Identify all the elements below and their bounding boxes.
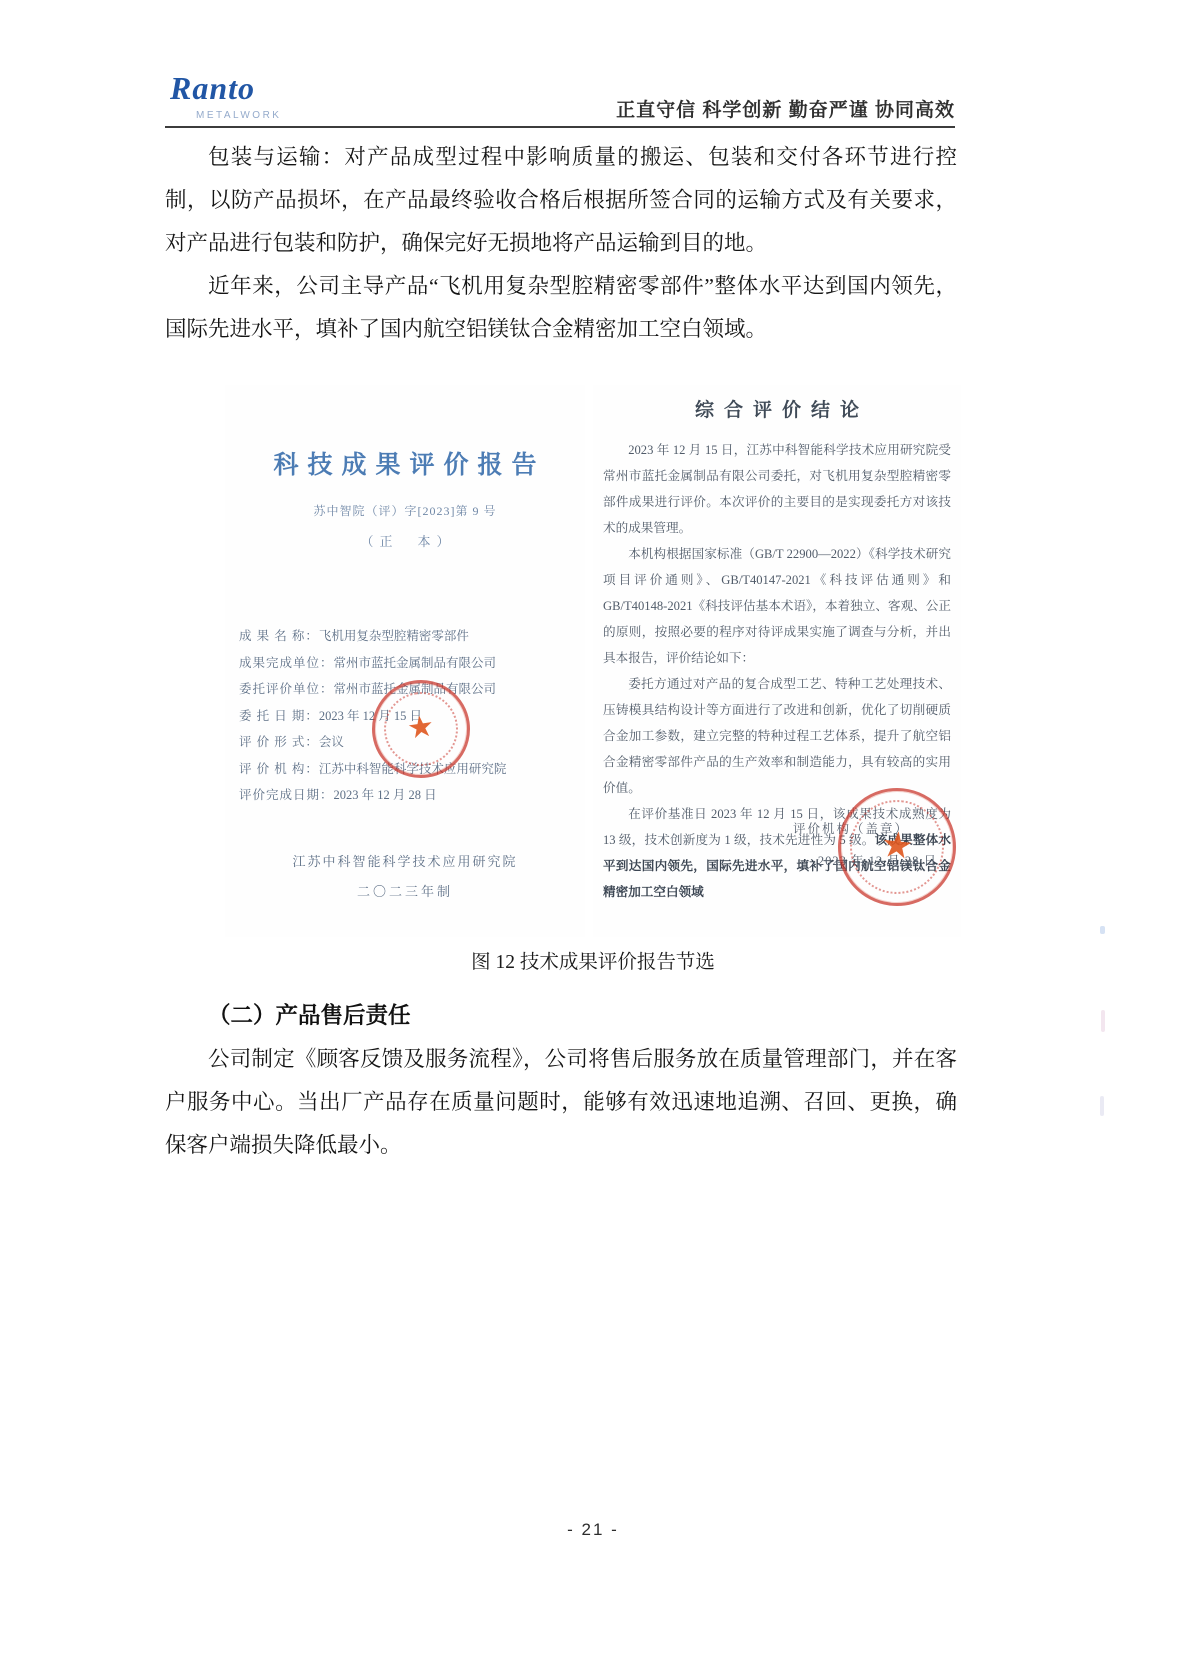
field-label: 评 价 形 式： [239, 735, 319, 749]
conclusion-title: 综合评价结论 [593, 395, 961, 422]
paragraph-packing-transport: 包装与运输：对产品成型过程中影响质量的搬运、包装和交付各环节进行控制，以防产品损… [165, 136, 957, 265]
field-label: 评价完成日期： [239, 788, 334, 802]
scan-artifact [1100, 1096, 1104, 1116]
header-slogan: 正直守信 科学创新 勤奋严谨 协同高效 [616, 95, 955, 122]
field-label: 委托评价单位： [239, 682, 334, 696]
section-heading: （二）产品售后责任 [208, 998, 411, 1030]
body-text: 包装与运输：对产品成型过程中影响质量的搬运、包装和交付各环节进行控制，以防产品损… [165, 136, 957, 351]
figure-caption: 图 12 技术成果评价报告节选 [0, 946, 1186, 974]
conclusion-paragraph: 本机构根据国家标准（GB/T 22900—2022）《科学技术研究项目评价通则》… [603, 541, 951, 671]
header-divider [165, 126, 955, 128]
field-value: 飞机用复杂型腔精密零部件 [319, 629, 469, 643]
company-logo: Ranto [170, 70, 255, 107]
report-issuer: 江苏中科智能科学技术应用研究院 [225, 851, 585, 870]
report-field-row: 评价完成日期：2023 年 12 月 28 日 [239, 782, 569, 809]
field-label: 委 托 日 期： [239, 709, 319, 723]
scan-artifact [1100, 926, 1105, 934]
page-number: - 21 - [0, 1520, 1186, 1540]
report-copy-label: （正 本） [225, 531, 585, 550]
field-value: 2023 年 12 月 28 日 [334, 788, 437, 802]
section-paragraph-container: 公司制定《顾客反馈及服务流程》，公司将售后服务放在质量管理部门，并在客户服务中心… [165, 1038, 957, 1167]
report-field-row: 成 果 名 称：飞机用复杂型腔精密零部件 [239, 623, 569, 650]
field-value: 会议 [319, 735, 344, 749]
conclusion-paragraph: 2023 年 12 月 15 日，江苏中科智能科学技术应用研究院受常州市蓝托金属… [603, 437, 951, 541]
document-page: Ranto METALWORK 正直守信 科学创新 勤奋严谨 协同高效 包装与运… [0, 0, 1186, 1680]
report-doc-number: 苏中智院（评）字[2023]第 9 号 [225, 502, 585, 519]
field-label: 成果完成单位： [239, 656, 334, 670]
field-label: 成 果 名 称： [239, 629, 319, 643]
scan-artifact [1101, 1010, 1105, 1032]
star-icon: ★ [879, 823, 915, 868]
report-edition-year: 二〇二三年制 [225, 881, 585, 900]
report-field-row: 成果完成单位：常州市蓝托金属制品有限公司 [239, 650, 569, 677]
field-value: 常州市蓝托金属制品有限公司 [334, 656, 497, 670]
field-label: 评 价 机 构： [239, 762, 319, 776]
report-title: 科技成果评价报告 [225, 445, 585, 481]
paragraph-after-sales: 公司制定《顾客反馈及服务流程》，公司将售后服务放在质量管理部门，并在客户服务中心… [165, 1038, 957, 1167]
scanned-report-cover-page: 科技成果评价报告 苏中智院（评）字[2023]第 9 号 （正 本） 成 果 名… [225, 385, 585, 937]
star-icon: ★ [405, 708, 437, 746]
company-logo-subtext: METALWORK [196, 110, 281, 121]
paragraph-recent-years: 近年来，公司主导产品“飞机用复杂型腔精密零部件”整体水平达到国内领先，国际先进水… [165, 265, 957, 351]
conclusion-paragraph: 委托方通过对产品的复合成型工艺、特种工艺处理技术、压铸模具结构设计等方面进行了改… [603, 671, 951, 801]
